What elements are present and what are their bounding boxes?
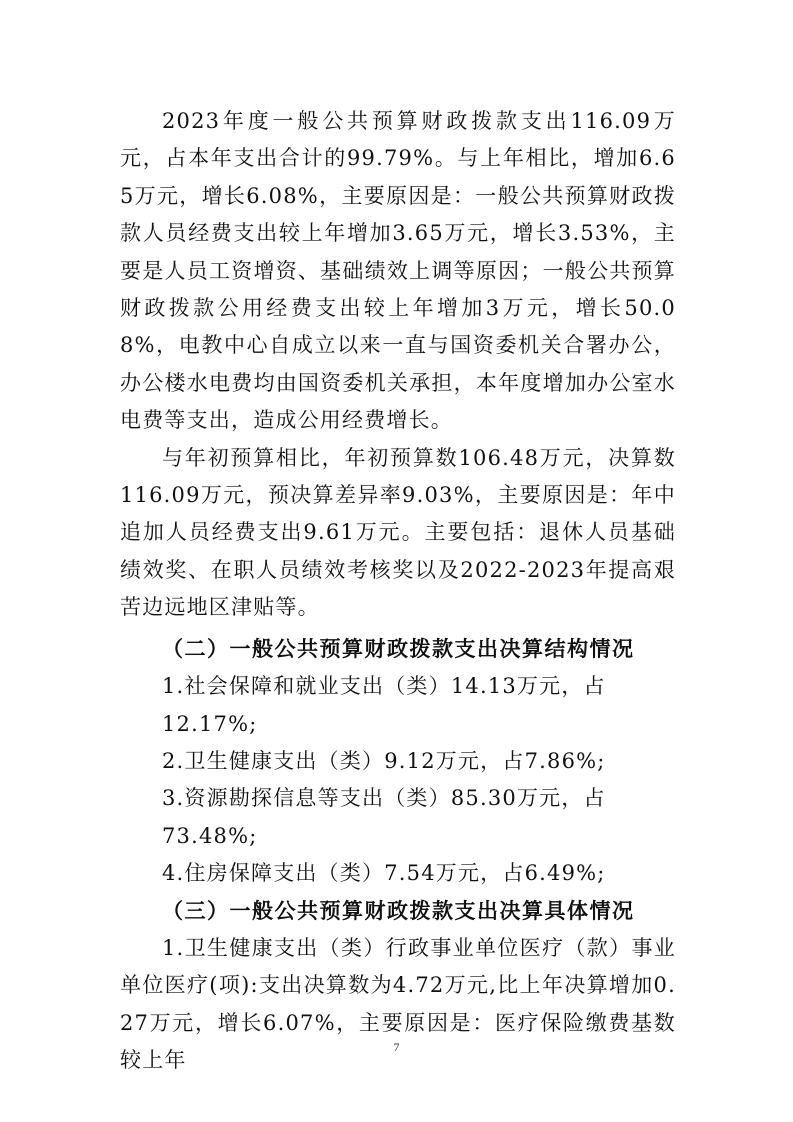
section-heading-structure: （二）一般公共预算财政拨款支出决算结构情况	[120, 631, 676, 668]
list-item: 3.资源勘探信息等支出（类）85.30万元，占73.48%;	[120, 780, 676, 855]
paragraph-expenditure-summary: 2023年度一般公共预算财政拨款支出116.09万元，占本年支出合计的99.79…	[120, 103, 676, 440]
paragraph-health-expenditure: 1.卫生健康支出（类）行政事业单位医疗（款）事业单位医疗(项):支出决算数为4.…	[120, 930, 676, 1080]
list-item: 2.卫生健康支出（类）9.12万元，占7.86%;	[120, 743, 676, 780]
document-page: 2023年度一般公共预算财政拨款支出116.09万元，占本年支出合计的99.79…	[120, 103, 676, 1080]
paragraph-budget-comparison: 与年初预算相比，年初预算数106.48万元，决算数116.09万元，预决算差异率…	[120, 440, 676, 627]
page-number: 7	[0, 1040, 793, 1055]
list-item: 1.社会保障和就业支出（类）14.13万元，占12.17%;	[120, 668, 676, 743]
section-heading-details: （三）一般公共预算财政拨款支出决算具体情况	[120, 893, 676, 930]
list-item: 4.住房保障支出（类）7.54万元，占6.49%;	[120, 855, 676, 892]
